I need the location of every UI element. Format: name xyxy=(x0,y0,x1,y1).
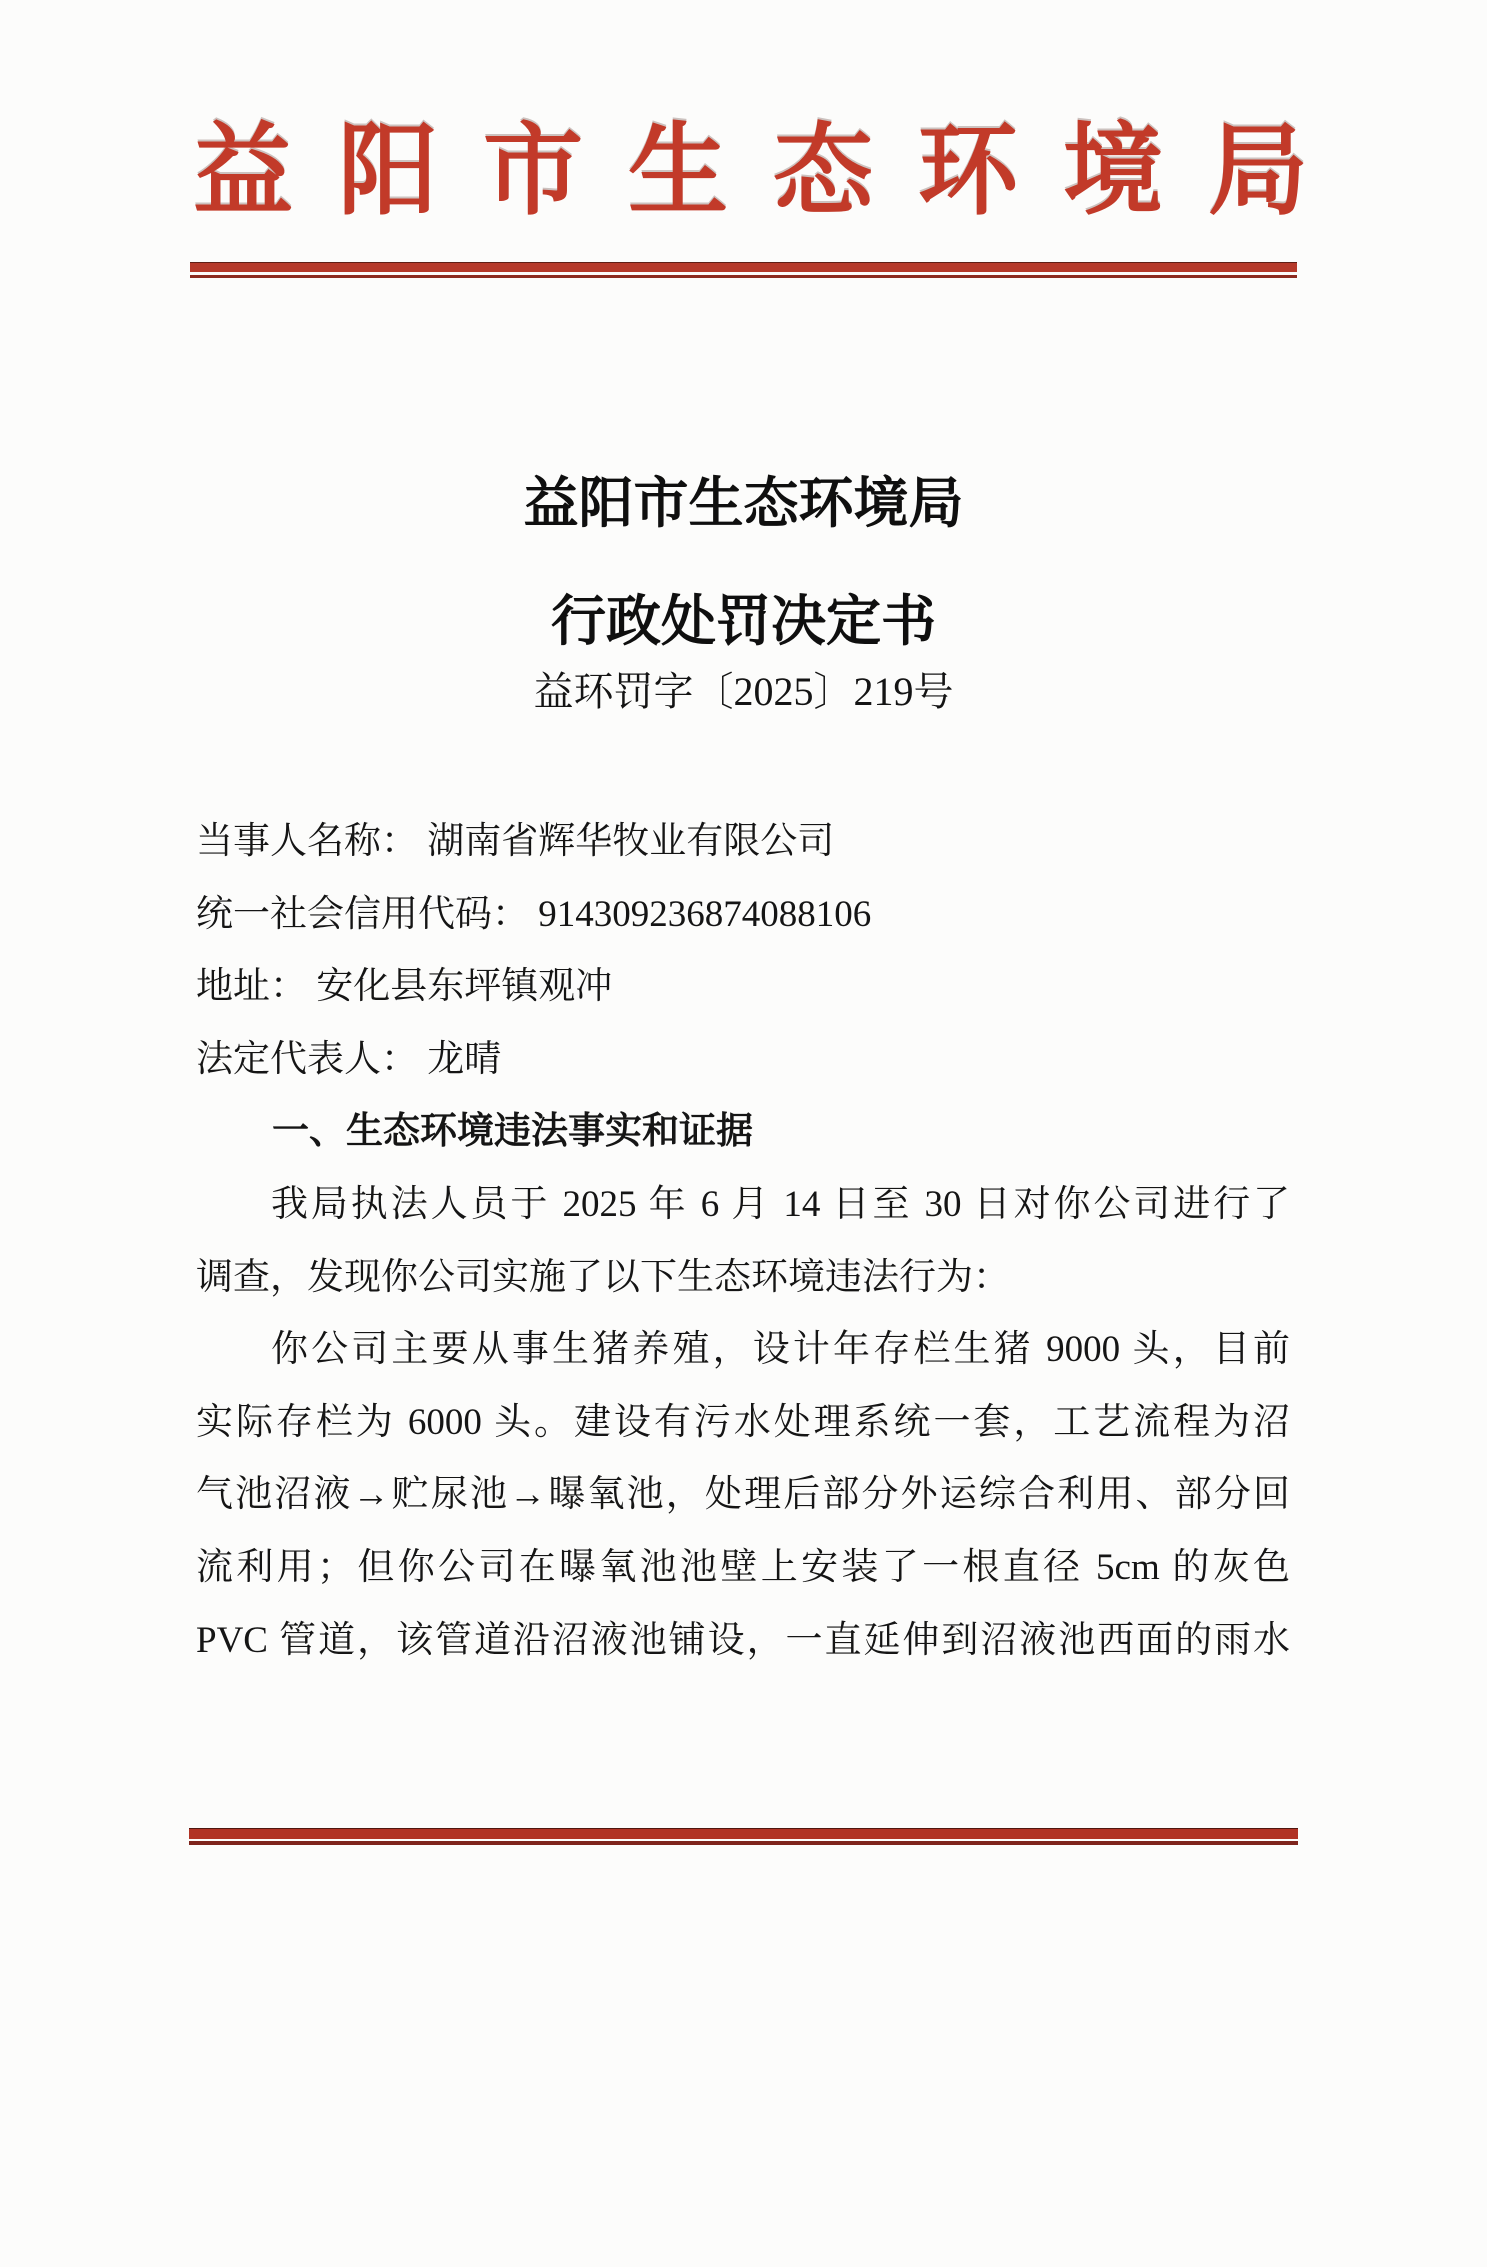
section-heading: 一、生态环境违法事实和证据 xyxy=(196,1096,1290,1169)
document-page: 益阳市生态环境局 益阳市生态环境局 行政处罚决定书 益环罚字〔2025〕219号… xyxy=(0,0,1487,2267)
paragraph-line: 流利用；但你公司在曝氧池池壁上安装了一根直径 5cm 的灰色 xyxy=(196,1532,1290,1605)
paragraph-line: 气池沼液→贮尿池→曝氧池，处理后部分外运综合利用、部分回 xyxy=(196,1459,1290,1532)
field-party-name: 当事人名称： 湖南省辉华牧业有限公司 xyxy=(196,806,1290,879)
document-number: 益环罚字〔2025〕219号 xyxy=(0,668,1487,716)
document-title-line1: 益阳市生态环境局 xyxy=(0,472,1487,535)
paragraph-line: 你公司主要从事生猪养殖，设计年存栏生猪 9000 头，目前 xyxy=(196,1314,1290,1387)
footer-rule-thin xyxy=(189,1841,1298,1845)
document-title-line2: 行政处罚决定书 xyxy=(0,590,1487,653)
paragraph-line: 我局执法人员于 2025 年 6 月 14 日至 30 日对你公司进行了 xyxy=(196,1169,1290,1242)
field-credit-code: 统一社会信用代码： 914309236874088106 xyxy=(196,879,1290,952)
letterhead-rule-thick xyxy=(190,262,1297,272)
paragraph-line: PVC 管道，该管道沿沼液池铺设，一直延伸到沼液池西面的雨水 xyxy=(196,1605,1290,1678)
field-legal-rep: 法定代表人： 龙晴 xyxy=(196,1024,1290,1097)
paragraph-line: 实际存栏为 6000 头。建设有污水处理系统一套，工艺流程为沼 xyxy=(196,1387,1290,1460)
letterhead-agency-name: 益阳市生态环境局 xyxy=(193,122,1353,222)
letterhead-rule-thin xyxy=(190,275,1297,278)
paragraph-line: 调查，发现你公司实施了以下生态环境违法行为： xyxy=(196,1242,1290,1315)
document-body: 当事人名称： 湖南省辉华牧业有限公司 统一社会信用代码： 91430923687… xyxy=(196,806,1290,1677)
footer-rule-thick xyxy=(189,1828,1298,1839)
field-address: 地址： 安化县东坪镇观冲 xyxy=(196,951,1290,1024)
